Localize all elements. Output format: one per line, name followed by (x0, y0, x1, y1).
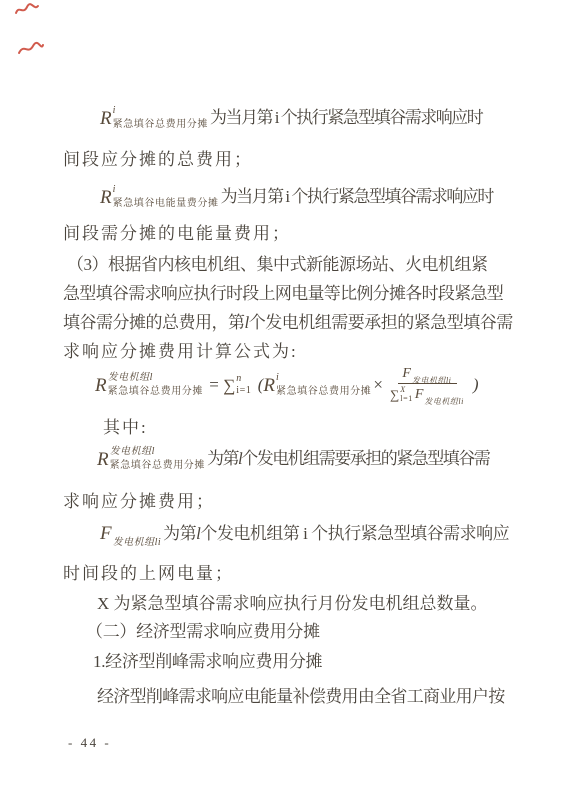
script-stack: Xl=1 (400, 386, 413, 403)
doc-line-2: 间段应分摊的总费用； (63, 149, 253, 170)
variable-base: R (95, 376, 107, 395)
text-run: （3）根据省内核电机组、集中式新能源场站、火电机组紧 (67, 254, 488, 275)
text-run: 急型填谷需求响应执行时段上网电量等比例分摊各时段紧急型 (63, 283, 503, 304)
text-run: 为当月第 i 个执行紧急型填谷需求响应时 (221, 186, 493, 207)
variable-base: ∑ (223, 377, 235, 394)
subscript: 紧急填谷总费用分摊 (110, 461, 205, 471)
doc-line-4: 间段需分摊的电能量费用； (63, 223, 291, 244)
text-run: 求响应分摊费用； (63, 491, 215, 512)
text-run: 1.经济型削峰需求响应费用分摊 (93, 651, 322, 672)
document-page: Ri紧急填谷总费用分摊为当月第 i 个执行紧急型填谷需求响应时间段应分摊的总费用… (0, 0, 566, 800)
superscript: i (276, 373, 279, 383)
doc-line-7: 填谷需分摊的总费用，第l个发电机组需要承担的紧急型填谷需 (63, 312, 513, 333)
doc-line-12: 求响应分摊费用； (63, 491, 215, 512)
subscript: l=1 (400, 395, 413, 403)
formula-variable: R发电机组l紧急填谷总费用分摊 (95, 373, 203, 397)
red-annotation-mark-icon (14, 2, 40, 18)
text-run: × (373, 374, 383, 395)
formula-variable: Ri紧急填谷电能量费分摊 (100, 185, 219, 209)
variable-base: R (97, 450, 109, 469)
doc-line-11: R发电机组l紧急填谷总费用分摊为第l个发电机组需要承担的紧急型填谷需 (97, 447, 489, 471)
doc-line-15: X 为紧急型填谷需求响应执行月份发电机组总数量。 (97, 593, 488, 614)
subscript: 发电机组li (113, 537, 162, 550)
doc-line-8: 求响应分摊费用计算公式为: (63, 341, 298, 362)
doc-line-5: （3）根据省内核电机组、集中式新能源场站、火电机组紧 (67, 254, 488, 275)
script-stack: i紧急填谷总费用分摊 (276, 373, 371, 397)
script-stack: ni=1 (236, 374, 251, 396)
text-run: 其中: (103, 417, 148, 438)
summation-symbol: ∑ni=1 (223, 374, 251, 396)
subscript: 紧急填谷总费用分摊 (113, 120, 208, 130)
text-run: 间段需分摊的电能量费用； (63, 223, 291, 244)
superscript: i (113, 106, 116, 116)
text-run: 个发电机组需要承担的紧急型填谷需 (249, 312, 513, 333)
denominator: ∑Xl=1F发电机组li (386, 384, 470, 403)
doc-line-1: Ri紧急填谷总费用分摊为当月第 i 个执行紧急型填谷需求响应时 (100, 106, 482, 130)
summation-symbol: ∑Xl=1 (390, 386, 413, 403)
variable-base: R (100, 109, 112, 128)
subscript: 发电机组li (424, 398, 463, 406)
superscript: i (113, 185, 116, 195)
superscript: 发电机组l (108, 373, 153, 383)
formula-variable: R发电机组l紧急填谷总费用分摊 (97, 447, 205, 471)
text-run: = (205, 374, 223, 395)
text-run: 为当月第 i 个执行紧急型填谷需求响应时 (210, 107, 482, 128)
doc-line-6: 急型填谷需求响应执行时段上网电量等比例分摊各时段紧急型 (63, 283, 503, 304)
text-run: （二）经济型需求响应费用分摊 (86, 621, 320, 642)
superscript: 发电机组l (110, 447, 155, 457)
superscript: X (400, 386, 405, 394)
italic-variable: ( (253, 374, 263, 395)
subscript: 紧急填谷总费用分摊 (276, 387, 371, 397)
text-run: 为第 (207, 448, 238, 469)
variable-base: R (100, 188, 112, 207)
page-number: - 44 - (68, 735, 111, 751)
subscript: 紧急填谷总费用分摊 (108, 387, 203, 397)
subscript: i=1 (236, 386, 251, 396)
superscript: n (236, 374, 242, 384)
script-stack: 发电机组l紧急填谷总费用分摊 (108, 373, 203, 397)
script-stack: i紧急填谷总费用分摊 (113, 106, 208, 130)
text-run: 个发电机组需要承担的紧急型填谷需 (241, 448, 489, 469)
text-run: 为第 (163, 523, 196, 544)
variable-base: R (263, 376, 275, 395)
text-run: 个发电机组第 i 个执行紧急型填谷需求响应 (200, 523, 509, 544)
formula-variable: Ri紧急填谷总费用分摊 (263, 373, 371, 397)
formula-variable: F发电机组li (100, 524, 161, 543)
text-run: X 为紧急型填谷需求响应执行月份发电机组总数量。 (97, 593, 488, 614)
subscript: 紧急填谷电能量费分摊 (113, 199, 219, 209)
variable-base: F (402, 367, 411, 381)
text-run: 时间段的上网电量； (63, 563, 234, 584)
red-annotation-mark-icon (17, 40, 45, 58)
variable-base: ∑ (390, 388, 399, 401)
doc-line-10: 其中: (103, 417, 148, 438)
numerator: F发电机组li (398, 367, 457, 384)
doc-line-9: R发电机组l紧急填谷总费用分摊 = ∑ni=1 (Ri紧急填谷总费用分摊×F发电… (95, 367, 479, 403)
italic-variable: ) (473, 374, 479, 395)
doc-line-17: 1.经济型削峰需求响应费用分摊 (93, 651, 322, 672)
text-run: 填谷需分摊的总费用，第 (63, 312, 245, 333)
doc-line-14: 时间段的上网电量； (63, 563, 234, 584)
text-run: 间段应分摊的总费用； (63, 149, 253, 170)
formula-variable: F发电机组li (415, 388, 464, 402)
doc-line-18: 经济型削峰需求响应电能量补偿费用由全省工商业用户按 (97, 686, 505, 707)
script-stack: 发电机组l紧急填谷总费用分摊 (110, 447, 205, 471)
text-run: 经济型削峰需求响应电能量补偿费用由全省工商业用户按 (97, 686, 505, 707)
text-run: 求响应分摊费用计算公式为: (63, 341, 298, 362)
doc-line-13: F发电机组li为第l个发电机组第 i 个执行紧急型填谷需求响应 (100, 523, 509, 544)
doc-line-16: （二）经济型需求响应费用分摊 (86, 621, 320, 642)
script-stack: i紧急填谷电能量费分摊 (113, 185, 219, 209)
variable-base: F (415, 388, 424, 402)
fraction: F发电机组li∑Xl=1F发电机组li (386, 367, 470, 403)
formula-variable: F发电机组li (402, 367, 451, 381)
formula-variable: Ri紧急填谷总费用分摊 (100, 106, 208, 130)
doc-line-3: Ri紧急填谷电能量费分摊为当月第 i 个执行紧急型填谷需求响应时 (100, 185, 493, 209)
variable-base: F (100, 524, 112, 543)
